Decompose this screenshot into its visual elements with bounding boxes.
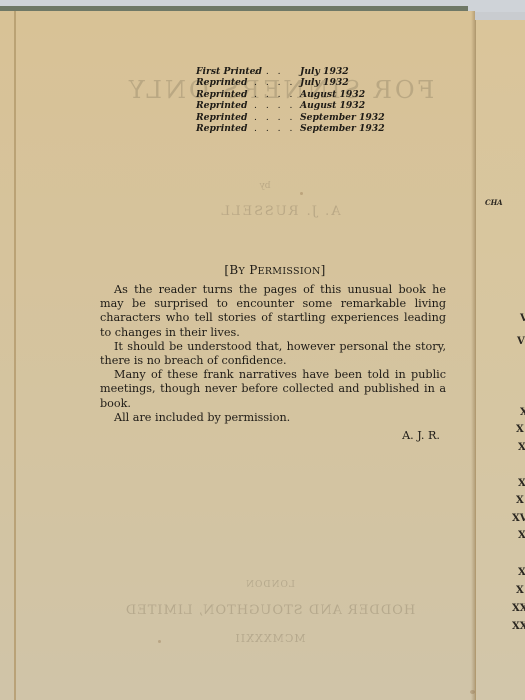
signature-initials: A. J. R. <box>100 429 446 442</box>
leader-dots: . . . . <box>254 112 300 123</box>
printing-label: Reprinted <box>196 112 254 123</box>
chapter-numeral: X <box>516 585 524 596</box>
printing-label: Reprinted <box>196 77 254 88</box>
heading-part: ] <box>321 263 326 277</box>
notice-paragraph: It should be understood that, however pe… <box>100 340 446 368</box>
printing-label: Reprinted <box>196 89 254 100</box>
chapter-numeral: X <box>518 530 525 541</box>
printing-row: Reprinted . . . . August 1932 <box>196 100 385 111</box>
leader-dots: . . . <box>254 66 300 77</box>
printing-row: First Printed . . . July 1932 <box>196 66 385 77</box>
bleed-through-year: MCMXXXII <box>225 632 315 645</box>
chapter-numeral: X <box>518 478 525 489</box>
chapter-numeral: XV <box>512 513 525 524</box>
printing-date: September 1932 <box>300 123 385 134</box>
notice-heading: [BY PERMISSION] <box>100 263 446 277</box>
chapter-numeral: X <box>516 495 524 506</box>
page-gutter-line <box>14 11 16 700</box>
printing-label: Reprinted <box>196 123 254 134</box>
heading-part: ERMISSION <box>258 266 321 277</box>
foxing-spot <box>158 640 161 643</box>
bleed-through-publisher: HODDER AND STOUGHTON, LIMITED <box>120 603 420 618</box>
heading-part: P <box>245 263 258 277</box>
printing-row: Reprinted . . . . July 1932 <box>196 77 385 88</box>
leader-dots: . . . . <box>254 100 300 111</box>
printing-label: Reprinted <box>196 100 254 111</box>
foxing-spot <box>470 690 475 694</box>
right-page-contents: CHA V V X X X X X XV X X X XX XX <box>475 20 525 700</box>
bleed-through-city: LONDON <box>230 580 310 590</box>
chapter-label: CHA <box>485 198 503 207</box>
leader-dots: . . . . <box>254 89 300 100</box>
printing-date: August 1932 <box>300 89 365 100</box>
chapter-numeral: V <box>517 336 525 347</box>
notice-paragraph: As the reader turns the pages of this un… <box>100 283 446 340</box>
printing-history: First Printed . . . July 1932 Reprinted … <box>196 66 385 134</box>
chapter-numeral: XX <box>512 603 525 614</box>
leader-dots: . . . . <box>254 123 300 134</box>
bleed-through-by: by <box>250 181 280 191</box>
printing-date: July 1932 <box>300 77 349 88</box>
printing-date: September 1932 <box>300 112 385 123</box>
chapter-numeral: X <box>518 442 525 453</box>
chapter-numeral: X <box>520 407 525 418</box>
chapter-numeral: X <box>516 424 524 435</box>
chapter-numeral: X <box>518 567 525 578</box>
chapter-numeral: XX <box>512 621 525 632</box>
bleed-through-author: A. J. RUSSELL <box>205 204 355 219</box>
printing-date: August 1932 <box>300 100 365 111</box>
printing-row: Reprinted . . . . September 1932 <box>196 112 385 123</box>
chapter-numeral: V <box>520 313 525 324</box>
leader-dots: . . . . <box>254 77 300 88</box>
printing-row: Reprinted . . . . September 1932 <box>196 123 385 134</box>
foxing-spot <box>300 192 303 195</box>
notice-paragraph: All are included by permission. <box>100 411 446 425</box>
printing-row: Reprinted . . . . August 1932 <box>196 89 385 100</box>
permission-notice: [BY PERMISSION] As the reader turns the … <box>100 263 446 442</box>
heading-part: [B <box>224 263 238 277</box>
notice-paragraph: Many of these frank narratives have been… <box>100 368 446 411</box>
printing-label: First Printed <box>196 66 254 77</box>
printing-date: July 1932 <box>300 66 349 77</box>
